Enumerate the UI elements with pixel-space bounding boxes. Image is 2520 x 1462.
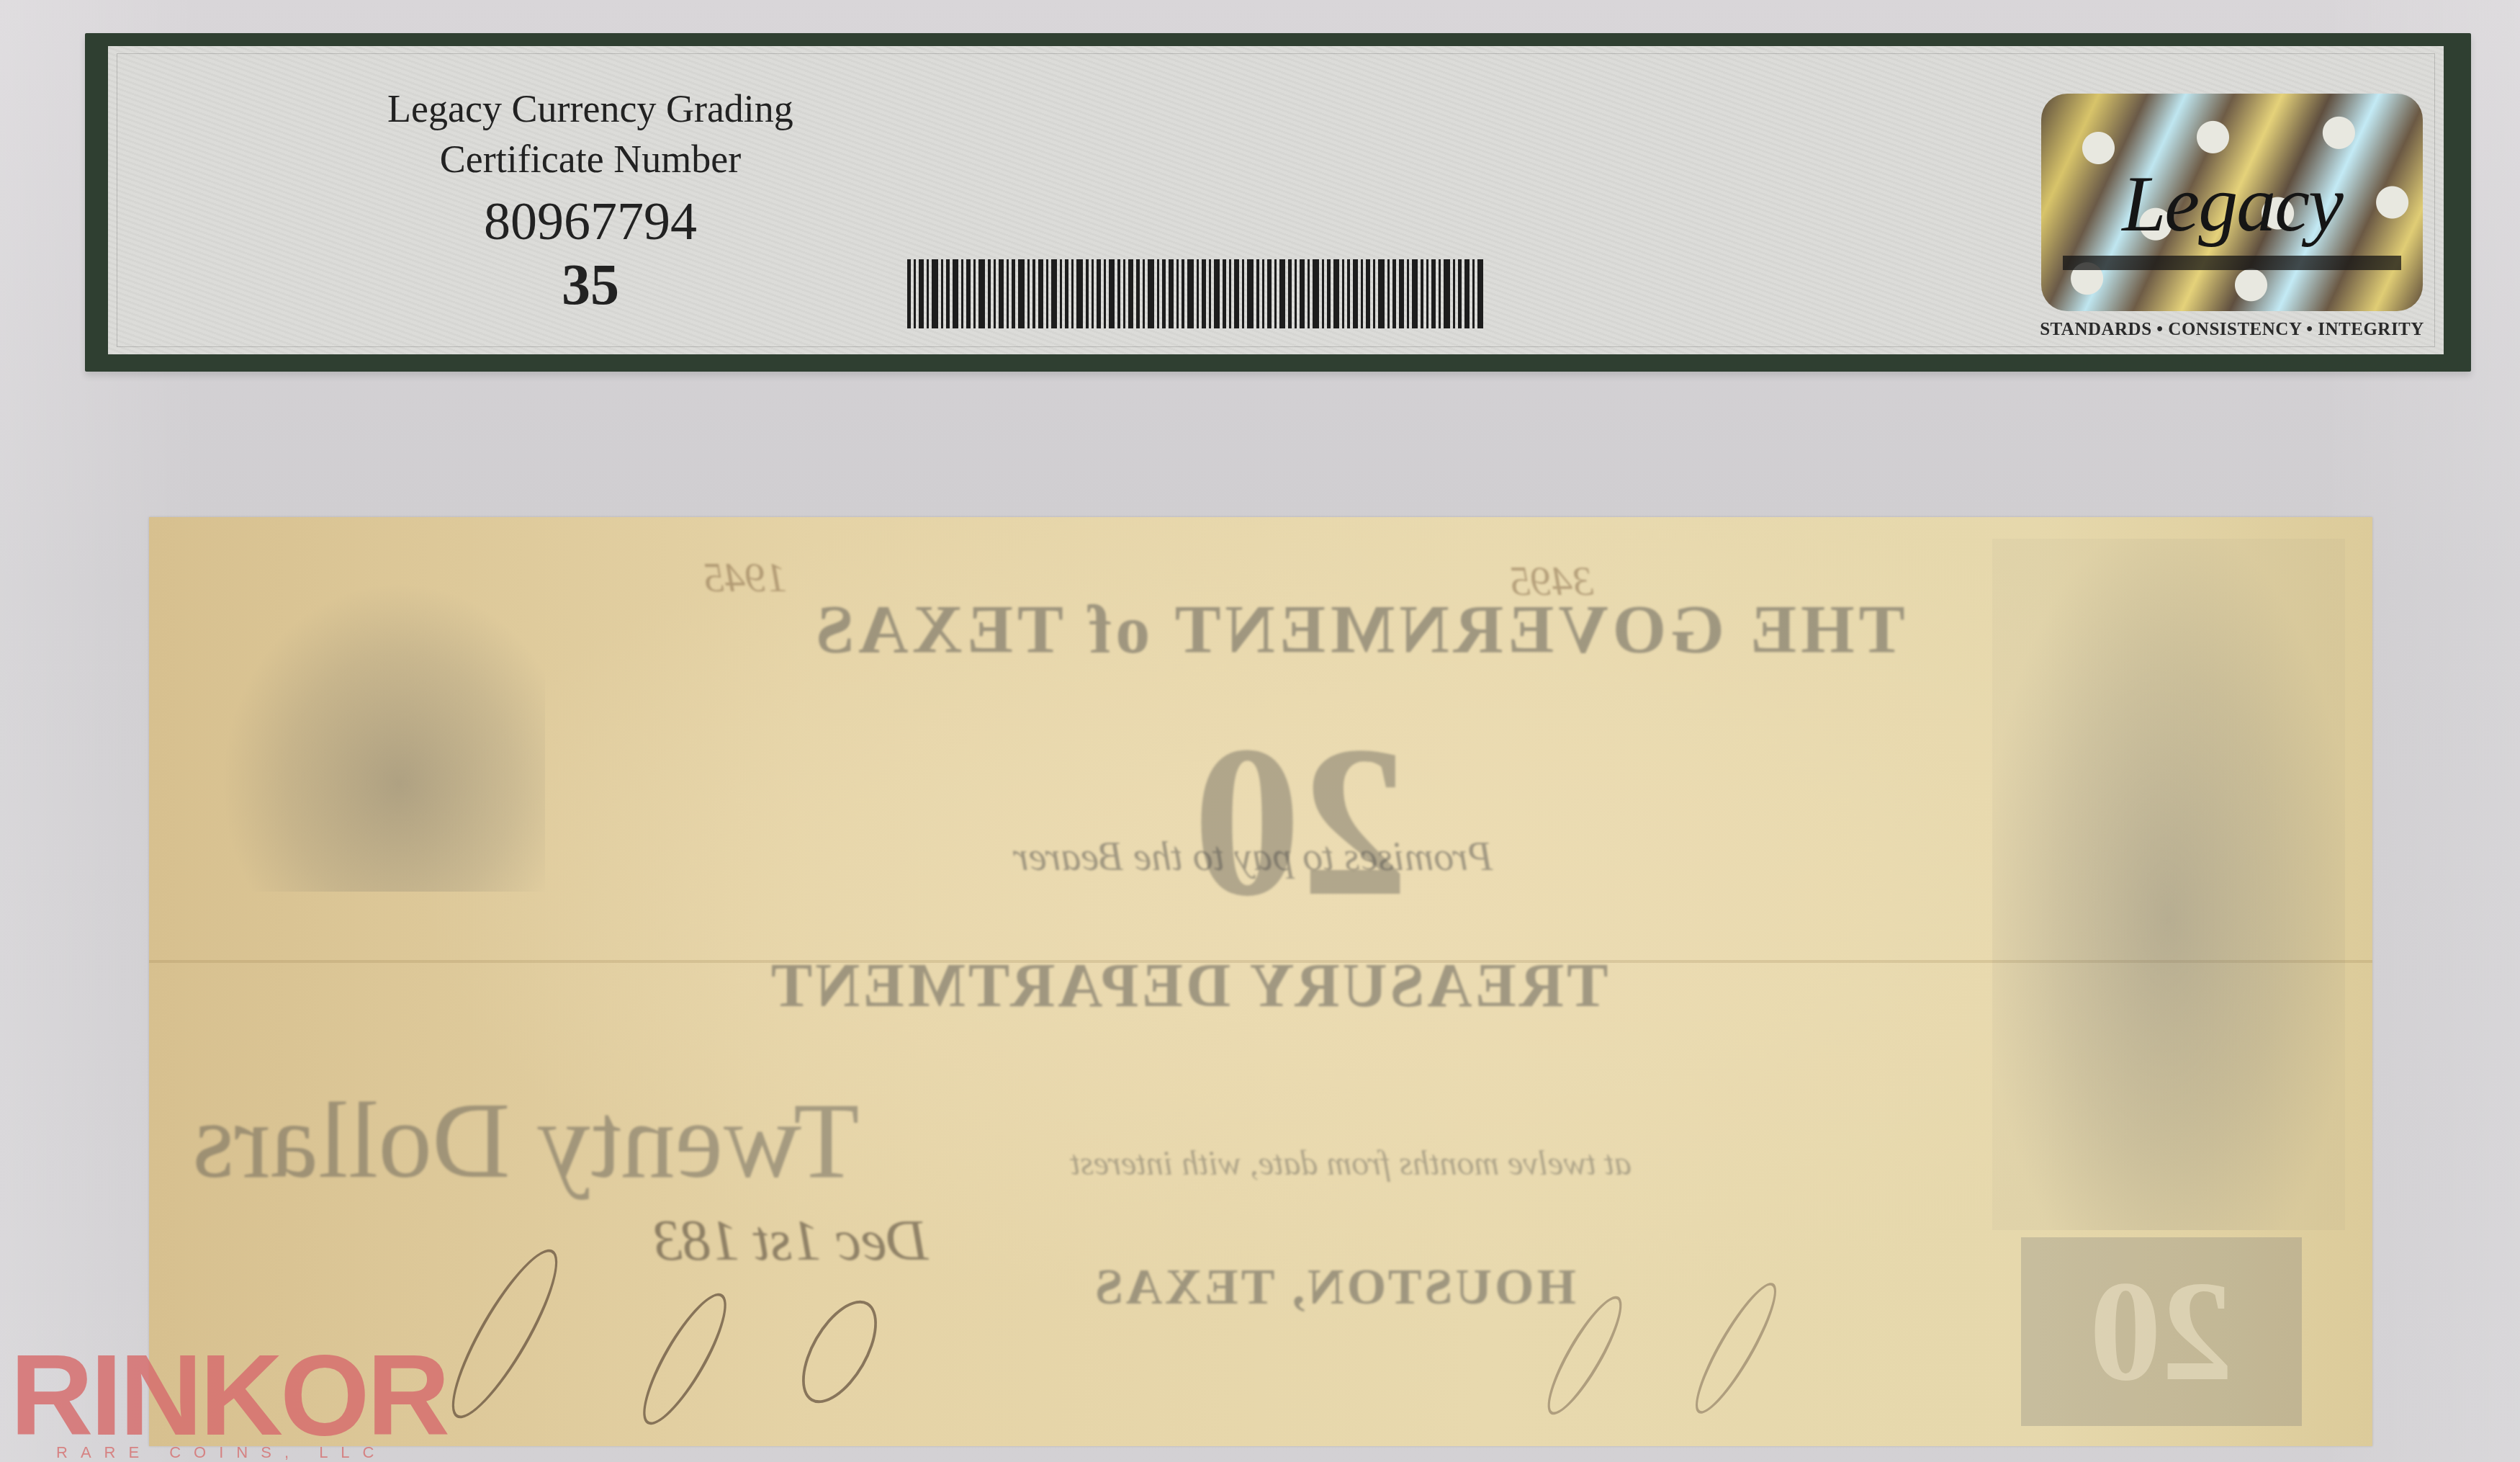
- signature-stroke: [1683, 1275, 1788, 1422]
- grading-label-panel: Legacy Currency Grading Certificate Numb…: [108, 46, 2444, 354]
- banknote-reverse: 1945 3495 THE GOVERNMENT of TEXAS 20 Pro…: [149, 517, 2372, 1446]
- denomination-words: Twenty Dollars: [192, 1079, 860, 1203]
- certificate-block: Legacy Currency Grading Certificate Numb…: [324, 84, 857, 317]
- certificate-number: 80967794: [324, 190, 857, 254]
- left-vignette-showthrough: [221, 582, 545, 892]
- issue-date: Dec 1st 183: [653, 1208, 928, 1274]
- hologram-strip: [2063, 256, 2401, 270]
- watermark-brand: RINKOR: [10, 1348, 447, 1442]
- certificate-caption: Certificate Number: [324, 134, 857, 184]
- signature-stroke: [787, 1288, 893, 1415]
- note-title: THE GOVERNMENT of TEXAS: [811, 589, 1863, 669]
- grade-value: 35: [324, 254, 857, 317]
- serial-number-left: 1945: [703, 553, 787, 601]
- signature-stroke: [629, 1283, 740, 1434]
- label-tagline: STANDARDS • CONSISTENCY • INTEGRITY: [1994, 320, 2470, 340]
- watermark-subtitle: RARE COINS, LLC: [56, 1443, 387, 1462]
- note-body-text: at twelve months from date, with interes…: [1071, 1144, 1632, 1183]
- grading-company-name: Legacy Currency Grading: [324, 84, 857, 134]
- corner-denomination-box: 20: [2021, 1237, 2302, 1426]
- promise-text: Promises to pay to the Bearer: [1013, 834, 1493, 880]
- barcode: [907, 259, 1656, 328]
- signature-stroke: [436, 1238, 575, 1430]
- grading-label: Legacy Currency Grading Certificate Numb…: [85, 33, 2471, 372]
- authenticity-hologram: Legacy: [2041, 94, 2423, 311]
- center-denomination: 20: [1193, 697, 1409, 946]
- right-figure-showthrough: [1992, 539, 2345, 1230]
- treasury-department: TREASURY DEPARTMENT: [768, 949, 1608, 1021]
- place-of-issue: HOUSTON, TEXAS: [1092, 1259, 1576, 1317]
- hologram-brand-logo: Legacy: [2041, 158, 2423, 250]
